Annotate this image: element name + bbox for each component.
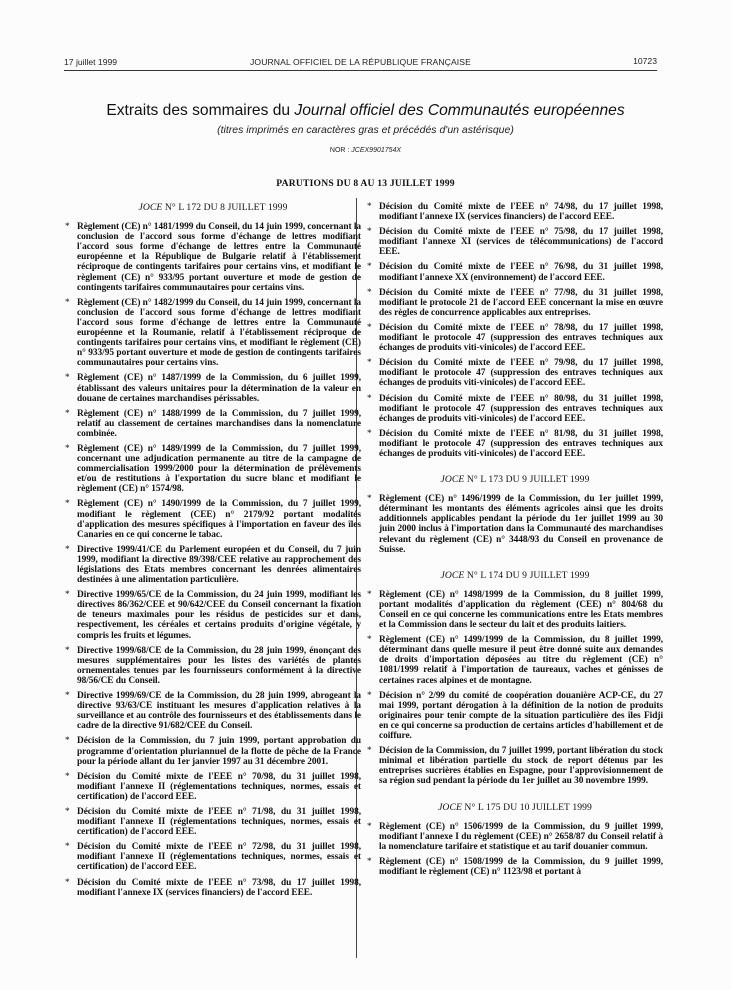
asterisk-marker: * [367,857,372,867]
list-item: *Règlement (CE) n° 1489/1999 de la Commi… [65,444,361,494]
asterisk-marker: * [65,499,70,509]
list-item: *Règlement (CE) n° 1487/1999 de la Commi… [65,373,361,403]
list-item: *Décision du Comité mixte de l'EEE n° 80… [367,394,663,424]
list-item: *Décision du Comité mixte de l'EEE n° 74… [367,202,663,222]
item-text: Règlement (CE) n° 1499/1999 de la Commis… [379,635,663,685]
list-item: *Décision du Comité mixte de l'EEE n° 79… [367,358,663,388]
item-text: Décision n° 2/99 du comité de coopératio… [379,691,663,741]
item-text: Règlement (CE) n° 1490/1999 de la Commis… [77,499,361,539]
title-prefix: Extraits des sommaires du [106,102,294,119]
item-text: Décision du Comité mixte de l'EEE n° 72/… [77,842,361,872]
list-item: *Décision du Comité mixte de l'EEE n° 76… [367,262,663,282]
list-item: *Décision du Comité mixte de l'EEE n° 70… [65,772,361,802]
list-item: *Décision du Comité mixte de l'EEE n° 73… [65,878,361,898]
asterisk-marker: * [367,358,372,368]
list-item: *Règlement (CE) n° 1499/1999 de la Commi… [367,635,663,685]
asterisk-marker: * [65,772,70,782]
section-issue: N° L 173 DU 9 JUILLET 1999 [464,474,589,485]
item-text: Décision de la Commission, du 7 juillet … [379,746,663,786]
item-text: Décision du Comité mixte de l'EEE n° 80/… [379,394,663,424]
list-item: *Directive 1999/65/CE de la Commission, … [65,590,361,640]
joce-label: JOCE [441,474,465,485]
list-item: *Règlement (CE) n° 1496/1999 de la Commi… [367,494,663,555]
item-text: Règlement (CE) n° 1496/1999 de la Commis… [379,494,663,554]
header-rule [64,70,657,71]
asterisk-marker: * [367,262,372,272]
nor-reference: NOR : JCEX9901754X [0,147,731,154]
title-journal-name: Journal officiel des Communautés europée… [294,102,624,119]
list-item: *Décision du Comité mixte de l'EEE n° 72… [65,842,361,872]
item-text: Règlement (CE) n° 1481/1999 du Conseil, … [77,222,361,293]
section-issue: N° L 174 DU 9 JUILLET 1999 [464,570,589,581]
list-item: *Décision du Comité mixte de l'EEE n° 75… [367,227,663,257]
asterisk-marker: * [367,822,372,832]
item-text: Règlement (CE) n° 1498/1999 de la Commis… [379,590,663,630]
item-text: Règlement (CE) n° 1487/1999 de la Commis… [77,373,361,403]
list-item: *Directive 1999/68/CE de la Commission, … [65,646,361,686]
asterisk-marker: * [65,409,70,419]
item-text: Décision du Comité mixte de l'EEE n° 81/… [379,429,663,459]
item-text: Décision du Comité mixte de l'EEE n° 71/… [77,807,361,837]
asterisk-marker: * [367,227,372,237]
asterisk-marker: * [367,746,372,756]
section-heading: JOCE N° L 172 DU 8 JUILLET 1999 [65,203,361,213]
parutions-heading: PARUTIONS DU 8 AU 13 JUILLET 1999 [0,178,731,189]
list-item: *Règlement (CE) n° 1498/1999 de la Commi… [367,590,663,630]
asterisk-marker: * [367,494,372,504]
list-item: *Décision n° 2/99 du comité de coopérati… [367,691,663,741]
list-item: *Décision du Comité mixte de l'EEE n° 81… [367,429,663,459]
section-heading: JOCE N° L 174 DU 9 JUILLET 1999 [367,571,663,581]
page-subtitle: (titres imprimés en caractères gras et p… [0,124,731,136]
joce-label: JOCE [438,802,462,813]
asterisk-marker: * [65,878,70,888]
asterisk-marker: * [65,691,70,701]
item-text: Décision du Comité mixte de l'EEE n° 73/… [77,878,361,898]
list-item: *Règlement (CE) n° 1490/1999 de la Commi… [65,499,361,539]
list-item: *Décision de la Commission, du 7 juin 19… [65,736,361,766]
asterisk-marker: * [65,736,70,746]
asterisk-marker: * [367,691,372,701]
asterisk-marker: * [367,590,372,600]
item-text: Règlement (CE) n° 1489/1999 de la Commis… [77,444,361,494]
item-text: Décision du Comité mixte de l'EEE n° 70/… [77,772,361,802]
item-text: Directive 1999/69/CE de la Commission, d… [77,691,361,731]
asterisk-marker: * [65,222,70,232]
item-text: Décision de la Commission, du 7 juin 199… [77,736,361,766]
item-text: Règlement (CE) n° 1506/1999 de la Commis… [379,822,663,852]
asterisk-marker: * [65,590,70,600]
item-text: Règlement (CE) n° 1488/1999 de la Commis… [77,409,361,439]
asterisk-marker: * [367,202,372,212]
item-text: Directive 1999/41/CE du Parlement europé… [77,545,361,585]
item-text: Directive 1999/65/CE de la Commission, d… [77,590,361,640]
asterisk-marker: * [65,444,70,454]
list-item: *Règlement (CE) n° 1508/1999 de la Commi… [367,857,663,877]
joce-label: JOCE [441,570,465,581]
header-page-number: 10723 [633,56,657,66]
page-title: Extraits des sommaires du Journal offici… [0,102,731,120]
nor-value: JCEX9901754X [351,147,401,154]
list-item: *Décision du Comité mixte de l'EEE n° 71… [65,807,361,837]
asterisk-marker: * [367,288,372,298]
list-item: *Règlement (CE) n° 1506/1999 de la Commi… [367,822,663,852]
item-text: Règlement (CE) n° 1482/1999 du Conseil, … [77,298,361,369]
list-item: *Règlement (CE) n° 1482/1999 du Conseil,… [65,298,361,369]
asterisk-marker: * [367,323,372,333]
running-header: 17 juillet 1999 JOURNAL OFFICIEL DE LA R… [64,55,657,71]
item-text: Décision du Comité mixte de l'EEE n° 76/… [379,262,663,282]
section-heading: JOCE N° L 175 DU 10 JUILLET 1999 [367,803,663,813]
left-column: JOCE N° L 172 DU 8 JUILLET 1999*Règlemen… [65,203,361,903]
list-item: *Décision du Comité mixte de l'EEE n° 78… [367,323,663,353]
asterisk-marker: * [367,429,372,439]
asterisk-marker: * [65,646,70,656]
asterisk-marker: * [65,807,70,817]
list-item: *Directive 1999/41/CE du Parlement europ… [65,545,361,585]
item-text: Décision du Comité mixte de l'EEE n° 79/… [379,358,663,388]
list-item: *Directive 1999/69/CE de la Commission, … [65,691,361,731]
header-journal-name: JOURNAL OFFICIEL DE LA RÉPUBLIQUE FRANÇA… [64,57,657,67]
item-text: Décision du Comité mixte de l'EEE n° 74/… [379,202,663,222]
item-text: Décision du Comité mixte de l'EEE n° 77/… [379,288,663,318]
nor-label: NOR : [330,147,351,154]
section-issue: N° L 175 DU 10 JUILLET 1999 [462,802,592,813]
asterisk-marker: * [65,298,70,308]
right-column: *Décision du Comité mixte de l'EEE n° 74… [367,202,663,882]
section-issue: N° L 172 DU 8 JUILLET 1999 [162,202,287,213]
asterisk-marker: * [65,545,70,555]
item-text: Règlement (CE) n° 1508/1999 de la Commis… [379,857,663,877]
asterisk-marker: * [65,842,70,852]
asterisk-marker: * [367,394,372,404]
item-text: Directive 1999/68/CE de la Commission, d… [77,646,361,686]
asterisk-marker: * [65,373,70,383]
list-item: *Décision de la Commission, du 7 juillet… [367,746,663,786]
list-item: *Règlement (CE) n° 1481/1999 du Conseil,… [65,222,361,293]
list-item: *Règlement (CE) n° 1488/1999 de la Commi… [65,409,361,439]
section-heading: JOCE N° L 173 DU 9 JUILLET 1999 [367,475,663,485]
item-text: Décision du Comité mixte de l'EEE n° 75/… [379,227,663,257]
list-item: *Décision du Comité mixte de l'EEE n° 77… [367,288,663,318]
joce-label: JOCE [139,202,163,213]
item-text: Décision du Comité mixte de l'EEE n° 78/… [379,323,663,353]
asterisk-marker: * [367,635,372,645]
